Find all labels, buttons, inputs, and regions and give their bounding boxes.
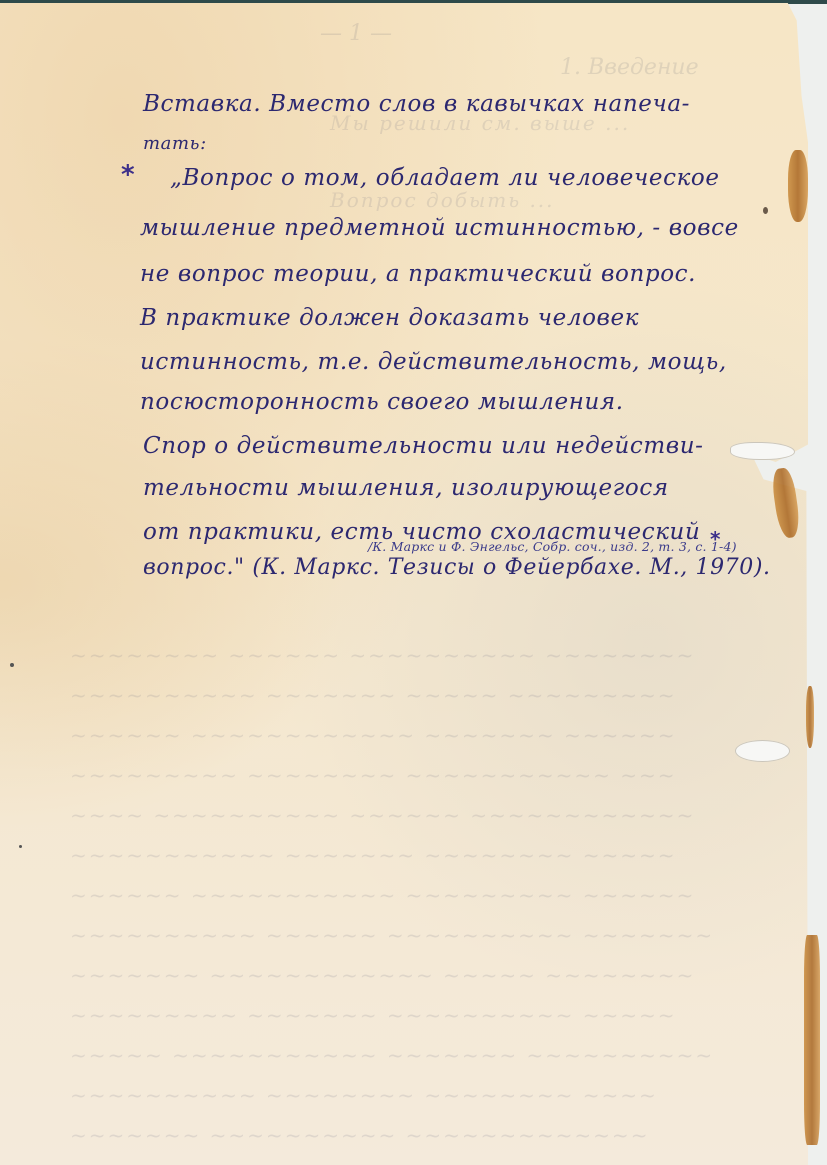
- bleed-through-line: ~~~~~~~~~~ ~~~~~~~ ~~~~~ ~~~~~~~~~: [70, 683, 677, 707]
- quote-line-final: вопрос." (К. Маркс. Тезисы о Фейербахе. …: [143, 555, 771, 580]
- bleed-through-line: ~~~~~~ ~~~~~~~~~~~~ ~~~~~~~ ~~~~~~: [70, 723, 677, 747]
- ink-speck: [10, 663, 14, 667]
- insertion-heading-line: Вставка. Вместо слов в кавычках напеча-: [143, 91, 690, 117]
- tear-hole: [735, 740, 790, 762]
- bleed-through-line: ~~~~~~~~~ ~~~~~~~ ~~~~~~~~~~ ~~~~~: [70, 1003, 677, 1027]
- bleed-through-line: ~~~~~~ ~~~~~~~~~~~ ~~~~~~~~~ ~~~~~~: [70, 883, 695, 907]
- insertion-asterisk-mark: *: [121, 160, 135, 190]
- scanned-page: — 1 — 1. Введение Мы решили см. выше ...…: [0, 0, 827, 1165]
- edge-stain: [788, 150, 808, 222]
- quote-line: не вопрос теории, а практический вопрос.: [140, 261, 696, 287]
- quote-line: посюсторонность своего мышления.: [140, 389, 624, 415]
- bleed-through-line: ~~~~~~~ ~~~~~~~~~~~~ ~~~~~ ~~~~~~~~: [70, 963, 695, 987]
- faint-reverse-header: 1. Введение: [560, 55, 699, 80]
- tear-hole: [730, 442, 795, 460]
- faint-page-number: — 1 —: [320, 21, 392, 46]
- quote-line: Спор о действительности или недействи-: [143, 433, 704, 459]
- bleed-through-line: ~~~~ ~~~~~~~~~~ ~~~~~~ ~~~~~~~~~~~~: [70, 803, 695, 827]
- bleed-through-line: ~~~~~~~~~~~ ~~~~~~~ ~~~~~~~~ ~~~~~: [70, 843, 677, 867]
- insertion-heading-line: тать:: [143, 133, 207, 154]
- citation-annotation: /К. Маркс и Ф. Энгельс, Собр. соч., изд.…: [368, 539, 737, 554]
- bleed-through-line: Вопрос добыть ...: [330, 188, 555, 212]
- quote-line: „Вопрос о том, обладает ли человеческое: [170, 165, 720, 191]
- quote-line: мышление предметной истинностью, - вовсе: [140, 215, 739, 241]
- bleed-through-line: ~~~~~~~~~~ ~~~~~~ ~~~~~~~~~~ ~~~~~~~: [70, 923, 714, 947]
- bleed-through-line: ~~~~~~~~ ~~~~~~ ~~~~~~~~~~ ~~~~~~~~: [70, 643, 695, 667]
- paper-sheet: — 1 — 1. Введение Мы решили см. выше ...…: [0, 3, 808, 1165]
- quote-line: В практике должен доказать человек: [140, 305, 639, 331]
- bleed-through-line: ~~~~~~~~~~ ~~~~~~~~ ~~~~~~~~ ~~~~: [70, 1083, 658, 1107]
- bleed-through-line: ~~~~~ ~~~~~~~~~~~ ~~~~~~~ ~~~~~~~~~~: [70, 1043, 714, 1067]
- ink-speck: [19, 845, 22, 848]
- edge-stain: [806, 686, 814, 748]
- edge-stain: [804, 935, 820, 1145]
- quote-line: истинность, т.е. действительность, мощь,: [140, 349, 727, 375]
- citation-asterisk: *: [710, 527, 720, 551]
- bleed-through-line: ~~~~~~~ ~~~~~~~~~~ ~~~~~~~~~~~~~: [70, 1123, 649, 1147]
- ink-speck: [763, 207, 768, 214]
- bleed-through-line: ~~~~~~~~~ ~~~~~~~~ ~~~~~~~~~~~ ~~~: [70, 763, 677, 787]
- quote-line: тельности мышления, изолирующегося: [143, 475, 669, 501]
